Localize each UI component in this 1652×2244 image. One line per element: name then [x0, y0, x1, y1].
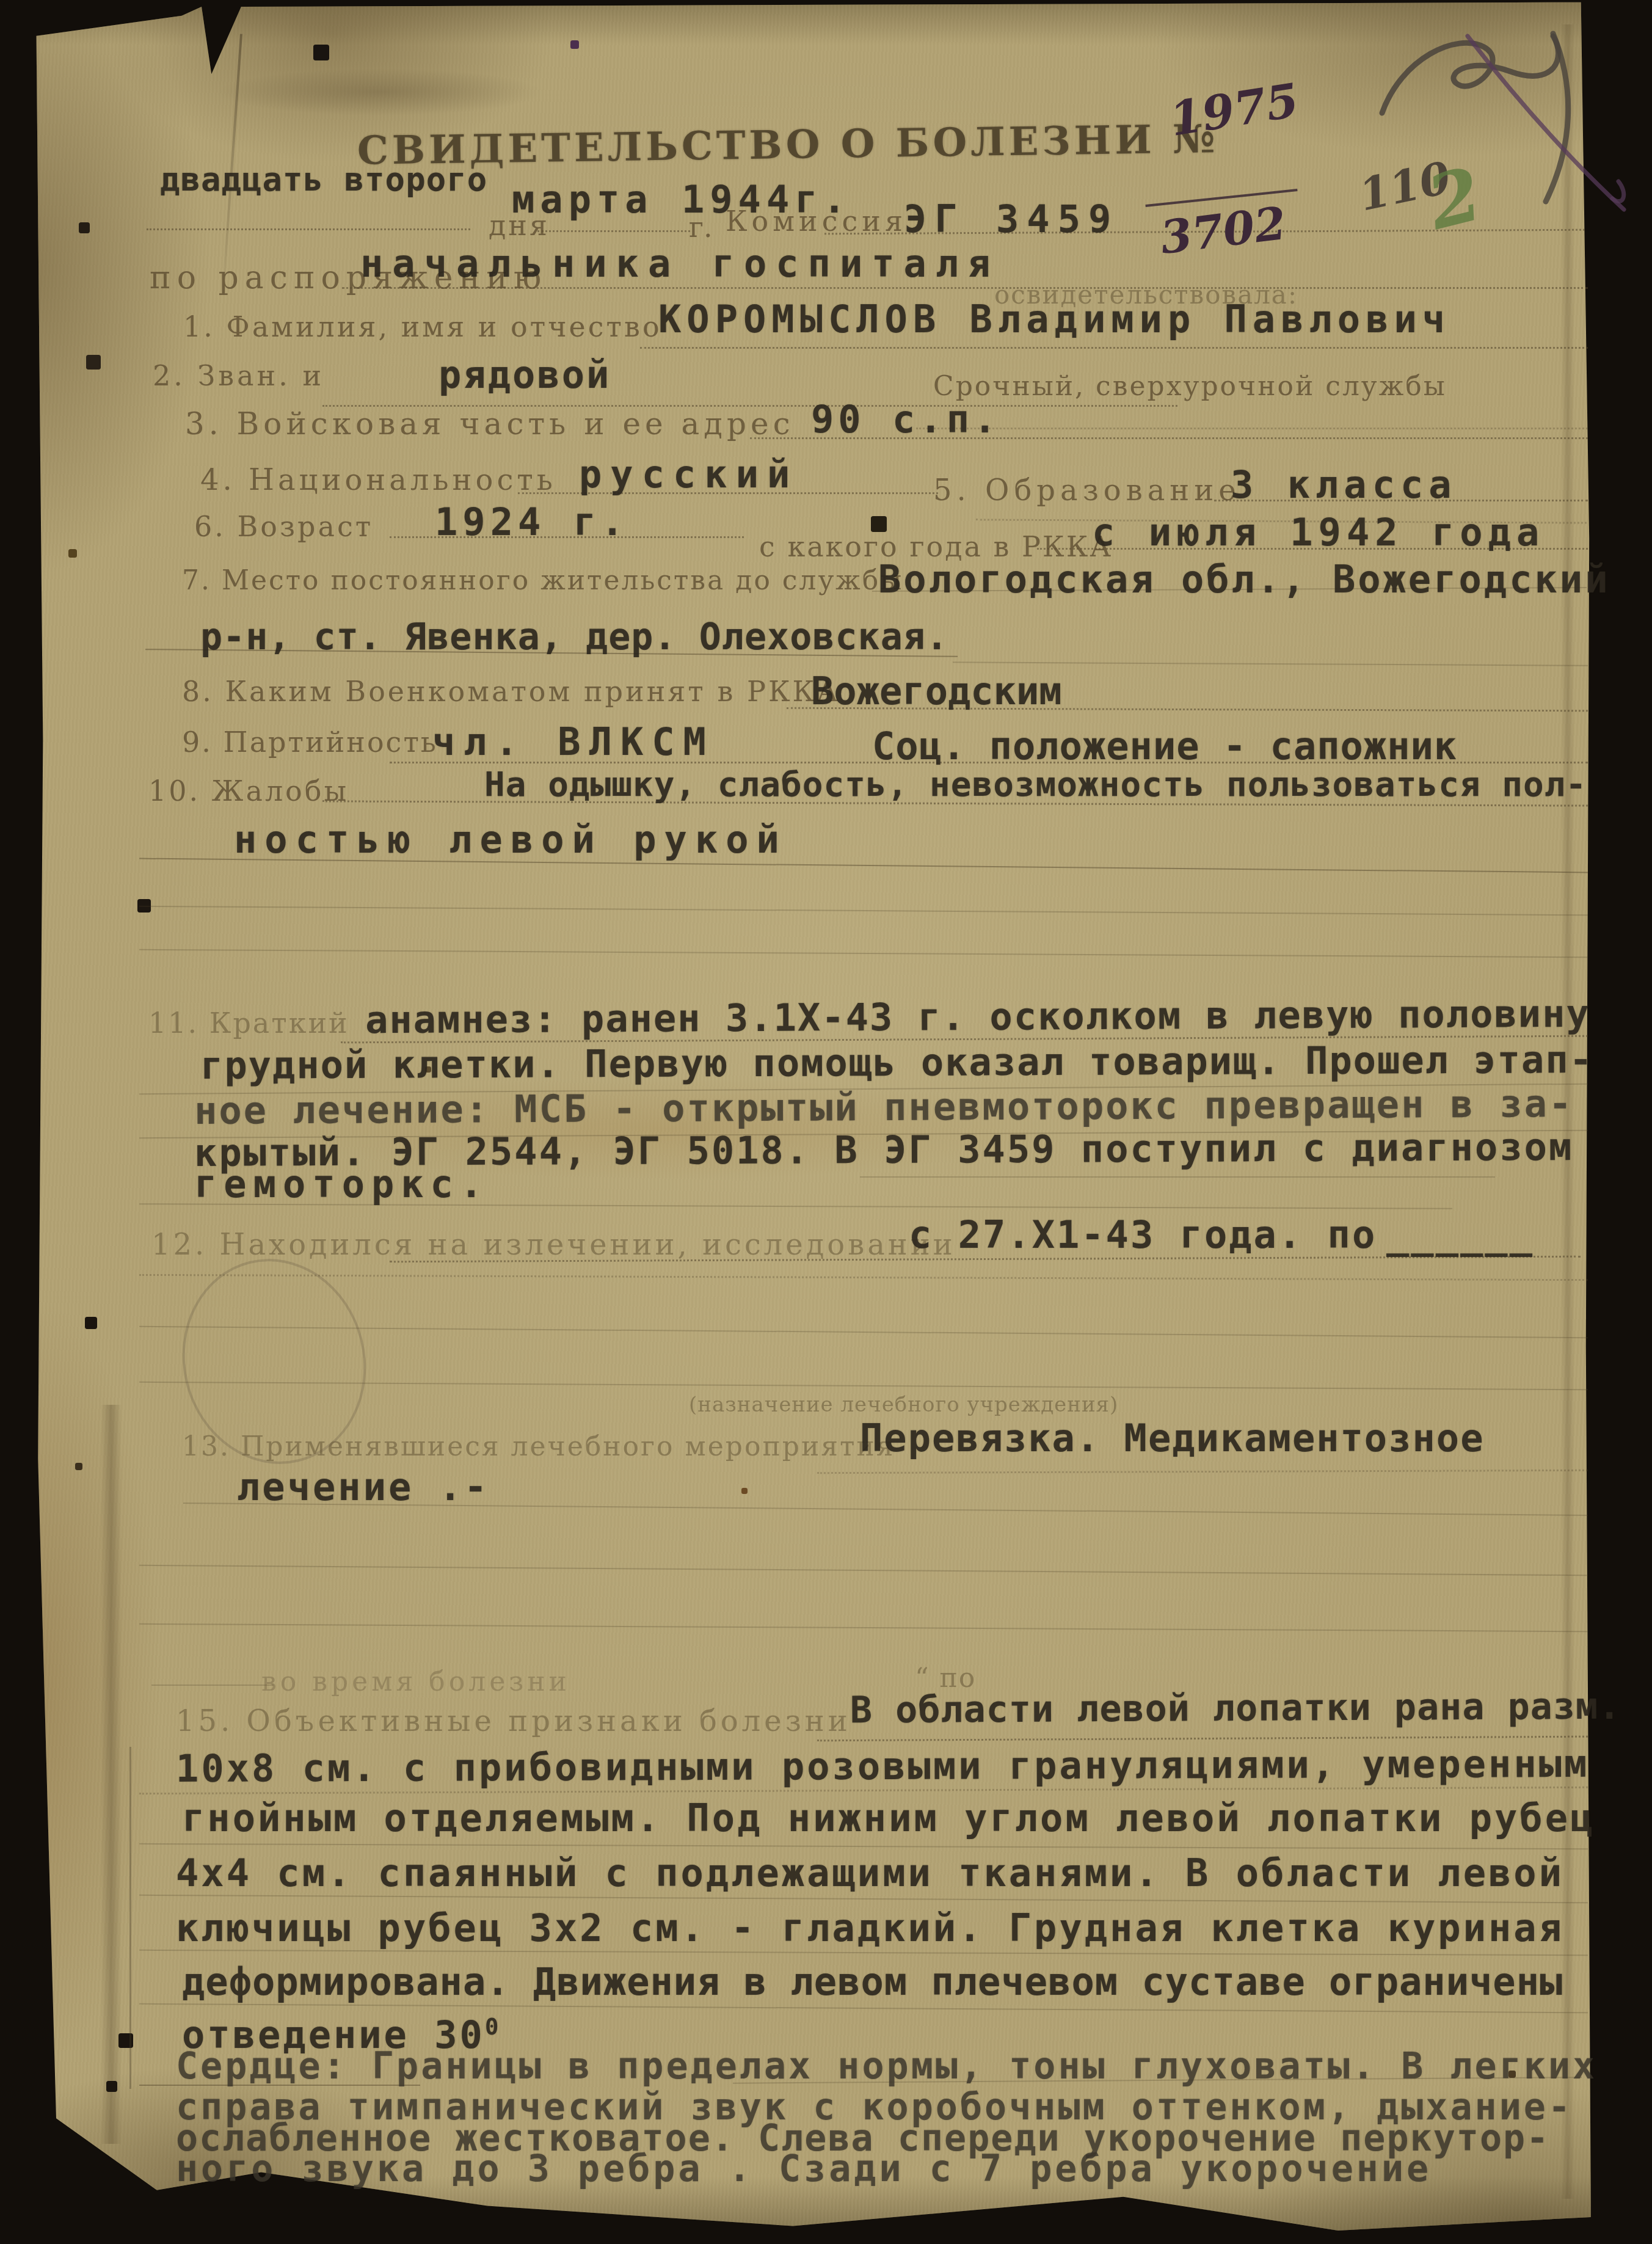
field-11-line2: грудной клетки. Первую помощь оказал тов…	[200, 1037, 1593, 1088]
field-15-line5: ключицы рубец 3x2 см. - гладкий. Грудная…	[176, 1906, 1564, 1950]
field-5-value: 3 класса	[1231, 462, 1457, 507]
field-4-label: 4. Национальность	[200, 463, 556, 497]
degree-superscript: 0	[485, 2013, 501, 2040]
field-6-value: 1924 г.	[435, 500, 628, 544]
field-13-value: Перевязка. Медикаментозное	[860, 1416, 1485, 1460]
field-12-label: 12. Находился на излечении, исследовании	[151, 1228, 956, 1262]
field-10-value: На одышку, слабость, невозможность польз…	[484, 765, 1587, 804]
field-3-value: 90 с.п.	[811, 397, 1000, 442]
field-15-line3: гнойным отделяемым. Под нижним углом лев…	[182, 1796, 1595, 1840]
field-14-ghost-label: во время болезни	[261, 1666, 570, 1697]
ruled-line	[860, 1176, 1495, 1178]
ruled-line	[147, 228, 470, 230]
field-2-label: 2. Зван. и	[153, 359, 324, 392]
field-9-label: 9. Партийность	[182, 726, 438, 759]
field-15-line2: 10x8 см. с прибовидными розовыми грануля…	[176, 1741, 1590, 1791]
field-8-value: Вожегодским	[811, 669, 1062, 713]
ruled-line	[640, 347, 1588, 349]
day-label: дня	[489, 209, 550, 242]
typed-day-words: двадцать второго	[160, 160, 487, 199]
ruled-line	[151, 1685, 274, 1686]
field-7-label: 7. Место постоянного жительства до служб…	[182, 565, 903, 596]
pen-flourish-mark	[1371, 15, 1634, 217]
field-12-caption: (назначение лечебного учреждения)	[689, 1393, 1118, 1417]
field-15-label: 15. Объективные признаки болезни	[176, 1704, 851, 1738]
year-label: г.	[689, 211, 713, 244]
commission-value: ЭГ 3459	[904, 197, 1119, 241]
field-7-value: Вологодская обл., Вожегодский	[878, 557, 1610, 602]
commission-label: Комиссия	[726, 205, 907, 238]
margin-line	[129, 1747, 131, 2089]
field-15-line11: ного звука до 3 ребра . Сзади с 7 ребра …	[176, 2147, 1432, 2190]
field-3-label: 3. Войсковая часть и ее адрес	[185, 406, 795, 442]
field-12-blank: ______	[1386, 1212, 1534, 1257]
field-2-value: рядовой	[438, 352, 611, 397]
field-2-suffix: Срочный, сверхурочной службы	[933, 371, 1447, 402]
field-1-label: 1. Фамилия, имя и отчество	[183, 310, 662, 343]
certificate-scan: СВИДЕТЕЛЬСТВО О БОЛЕЗНИ № 1975 3702 110 …	[0, 0, 1652, 2244]
ruled-line	[916, 428, 1588, 429]
field-15-line8: Сердце: Границы в пределах нормы, тоны г…	[176, 2045, 1597, 2088]
field-12-value: с 27.X1-43 года. по	[909, 1212, 1377, 1257]
field-13-label: 13. Применявшиеся лечебного мероприятия	[182, 1431, 895, 1462]
paper-specks	[0, 0, 1, 1]
field-10-value-line2: ностью левой рукой	[234, 817, 787, 862]
order-value: начальника госпиталя	[360, 241, 1000, 286]
field-15-line4: 4x4 см. спаянный с подлежащими тканями. …	[176, 1851, 1564, 1895]
field-8-label: 8. Каким Военкоматом принят в РККА	[182, 675, 840, 708]
field-6-label: 6. Возраст	[194, 510, 373, 543]
field-9-value: чл. ВЛКСМ	[432, 719, 715, 764]
ruled-line	[537, 230, 690, 232]
field-11-line5: гемоторкс.	[194, 1162, 489, 1206]
field-11-label: 11. Краткий	[148, 1007, 349, 1040]
field-5-label: 5. Образование	[933, 473, 1241, 508]
paper-crease-vertical-left	[101, 1405, 122, 2144]
field-13-value-line2: лечение .-	[237, 1465, 489, 1509]
field-15-line6: деформирована. Движения в левом плечевом…	[182, 1959, 1563, 2004]
field-6-rkka-value: с июля 1942 года	[1092, 510, 1545, 555]
field-10-label: 10. Жалобы	[148, 774, 349, 807]
field-11-line1: анамнез: ранен 3.1X-43 г. осколком в лев…	[365, 991, 1590, 1043]
field-1-value: КОРОМЫСЛОВ Владимир Павлович	[658, 297, 1450, 341]
field-7-value-line2: р-н, ст. Явенка, дер. Олеховская.	[200, 616, 948, 658]
field-9-value2: Соц. положение - сапожник	[872, 724, 1457, 768]
field-15-line1: В области левой лопатки рана разм.	[850, 1685, 1621, 1732]
field-4-value: русский	[579, 452, 798, 497]
